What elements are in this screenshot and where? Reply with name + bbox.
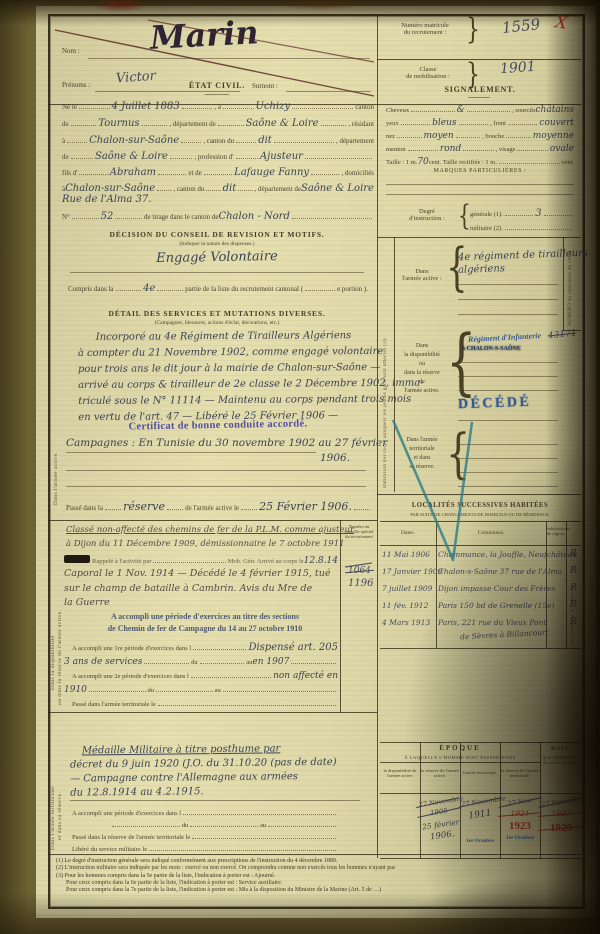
etat-civil-underline <box>205 94 229 95</box>
services-margin-label: Dans l'armée active. <box>53 345 59 505</box>
campagnes-line2: 1906. <box>320 452 350 464</box>
corps-t-line3 <box>458 472 558 473</box>
marques-label: MARQUES PARTICULIÈRES : <box>386 168 574 175</box>
periode1-line: A accompli une 1re période d'exercices d… <box>72 641 338 653</box>
etat-civil-title: ÉTAT CIVIL. <box>60 82 374 91</box>
corps-a-line1 <box>458 284 558 285</box>
loc-v3 <box>566 521 567 648</box>
prenoms-line <box>95 91 240 92</box>
campagnes-rule1 <box>66 452 316 453</box>
loc-row4-dr: R <box>570 600 577 610</box>
loc-row2-date: 17 Janvier 1909 <box>382 567 442 576</box>
instruction-label: Degré d'instruction : <box>398 208 456 222</box>
localites-title: LOCALITÉS SUCCESSIVES HABITÉES <box>380 502 580 509</box>
sig-row-yeux: yeux bleus , front couvert <box>386 116 574 128</box>
signalement-underline <box>468 97 490 98</box>
sig-row-taille: Taille : 1 m. 70 cent. Taille rectifiée … <box>386 155 574 167</box>
epoque-col3: l'armée territoriale. <box>461 770 499 775</box>
instruction-brace <box>458 198 471 232</box>
loc-row5-date: 4 Mars 1913 <box>382 618 430 627</box>
campagnes-rule3 <box>66 486 366 487</box>
corps-d-line1 <box>458 362 558 363</box>
decision-subtitle: (Indiquer la nature des dispenses.) <box>60 241 374 247</box>
marques-line2 <box>386 194 574 195</box>
loc-row5-commune: Paris, 221 rue du Vieux Pont <box>438 618 546 627</box>
dispo-line2: à Dijon du 11 Décembre 1909, démissionna… <box>66 539 345 549</box>
campagnes-line1: Campagnes : En Tunisie du 30 novembre 19… <box>66 437 387 449</box>
loc-row3-dr: R <box>570 583 577 593</box>
ec-line6: à Chalon-sur-Saône , canton du dit , dép… <box>62 182 374 194</box>
corps-dispo-label: Dans la disponibilité ou dans la réserve… <box>396 342 448 396</box>
surnom-line <box>286 91 371 92</box>
terr-reserve-line: Passé dans la réserve de l'armée territo… <box>72 830 338 841</box>
corps-terr-brace <box>446 423 470 485</box>
dispo-margin-2: ou dans la réserve de l'armée active. <box>57 540 63 705</box>
dispo-line4: sur le champ de bataille à Cambrin. Avis… <box>64 583 312 594</box>
ink-blob <box>64 555 90 563</box>
signalement-title: SIGNALEMENT. <box>380 86 580 95</box>
footnote-3: (3) Pour les hommes compris dans la 5e p… <box>56 873 568 880</box>
epoque-cell4: 27 Nov. 1921 1923 1er Octobre <box>501 798 539 841</box>
decision-line <box>70 272 364 273</box>
classe-label: Classe de mobilisation : <box>390 66 466 80</box>
services-paragraph: Incorporé au 4e Régiment de Tirailleurs … <box>78 330 375 423</box>
epoque-date-sub: de la LIBÉRATION du service militaire. <box>542 755 580 765</box>
ec-line4: de Saône & Loire , profession d' Ajusteu… <box>62 150 374 162</box>
corps-terr-label: Dans l'armée territoriale et dans sa rés… <box>396 436 448 472</box>
medaille-rule <box>70 800 360 801</box>
loc-row5-dr: R <box>570 617 577 627</box>
marques-line1 <box>386 184 574 185</box>
terr-libere-line: Libéré du service militaire le <box>72 842 338 853</box>
services-title: DÉTAIL DES SERVICES ET MUTATIONS DIVERSE… <box>60 310 374 318</box>
rule-terr-top <box>48 712 377 713</box>
corps-t-line4 <box>458 486 558 487</box>
loc-rule-bottom <box>380 648 581 649</box>
localites-col-communes: Communes. <box>436 530 546 536</box>
sig-row-cheveux: Cheveux & , sourcils châtains <box>386 103 574 115</box>
corps-d-line3 <box>458 390 558 391</box>
terr-ex-line: A accompli une période d'exercices dans … <box>72 806 338 817</box>
regiment-stamp-place: à CHALON-S-SAÔNE <box>462 346 521 352</box>
decede-stamp: DÉCÉDÉ <box>458 395 532 414</box>
passe-terr-line: Passé dans l'armée territoriale le <box>72 697 338 708</box>
localites-subtitle: PAR SUITE DE CHANGEMENTS DE DOMICILE OU … <box>380 512 580 517</box>
loc-row4-date: 11 fév. 1912 <box>382 601 428 610</box>
sig-row-nez: nez moyen , bouche moyenne <box>386 129 574 141</box>
campagnes-rule2 <box>66 470 366 471</box>
corps-active-value2: algériens <box>458 263 505 276</box>
corps-d-line2 <box>458 376 558 377</box>
epoque-cell5: 27 Novembre 1927 1929 <box>541 798 581 834</box>
column-divider <box>377 14 378 858</box>
terr-duau-line: du au <box>110 818 338 829</box>
epoque-col2: la réserve de l'armée active. <box>421 768 459 778</box>
loc-row3-date: 7 juillet 1909 <box>382 584 432 593</box>
terr-margin-2: et dans sa réserve. <box>57 745 63 840</box>
rule-corps-bottom <box>377 494 581 495</box>
periode2-line: A accompli une 2e période d'exercices da… <box>72 669 338 681</box>
ec-tirage: N° 52 de tirage dans le canton de Chalon… <box>62 210 374 222</box>
loc-row1-commune: Chommance, la Jouffle, Neufchâteau <box>438 550 577 559</box>
ec-line2: de Tournus , département de Saône & Loir… <box>62 117 374 129</box>
epoque-cell3: 27 Novembre 1911 1er Octobre <box>461 798 499 844</box>
dispo-rappel-line: Rappelé à l'activité par Mob. Gén. Arriv… <box>64 554 338 566</box>
exercices-stamp-line2: de Chemin de fer de Campagne du 14 au 27… <box>70 624 340 633</box>
rule-corps-top <box>377 237 581 238</box>
loc-row1-dr: R <box>570 549 577 559</box>
loc-row3-commune: Dijon impasse Cour des Frères <box>438 584 555 593</box>
ec-line1: Né le 4 Juillet 1883 , à Uchizy canton <box>62 100 374 112</box>
services-subtitle: (Campagnes, blessures, actions d'éclat, … <box>60 320 374 326</box>
corps-active-label: Dans l'armée active : <box>398 268 446 282</box>
footnotes: (1) Le degré d'instruction générale sera… <box>56 858 568 895</box>
corps-t-line1 <box>458 444 558 445</box>
nom-label: Nom : <box>62 48 80 56</box>
corps-a-line2 <box>458 299 558 300</box>
ec-rue: Rue de l'Alma 37. <box>62 194 151 205</box>
footnote-2: (2) L'instruction militaire sera indiqué… <box>56 865 568 872</box>
localites-col-subdiv: Subdivisions de région. <box>546 526 566 536</box>
dispo-line3: Caporal le 1 Nov. 1914 — Décédé le 4 fév… <box>64 568 330 579</box>
instruction-generale: générale (1). 3 <box>470 207 574 219</box>
epoque-col4: la réserve de l'armée territoriale. <box>501 768 539 778</box>
nom-line <box>88 58 370 59</box>
matricule-brace <box>466 14 480 47</box>
loc-row2-dr: R <box>570 566 577 576</box>
loc-row4-commune: Paris 150 bd de Grenelle (15e) <box>438 601 554 610</box>
footnote-5: Pour ceux compris dans la 7e partie de l… <box>66 887 568 894</box>
loc-rule-top <box>380 521 581 522</box>
controle-old: 1064 <box>348 566 371 576</box>
matricule-label: Numéro matricule du recrutement : <box>384 22 466 36</box>
nom-value: Marin <box>149 13 259 57</box>
corps-margin-left: Indication des corps auxquels les jeunes… <box>383 244 388 488</box>
corps-a-line3 <box>458 314 558 315</box>
decision-title: DÉCISION DU CONSEIL DE REVISION ET MOTIF… <box>60 231 374 239</box>
epoque-cell2: 27 Novembre 1905 25 février 1906. <box>418 796 462 844</box>
ep-rule-head <box>380 793 581 794</box>
rule-dispo-top <box>48 520 377 521</box>
dispo-line5: la Guerre <box>64 597 110 608</box>
loc-rule-head <box>380 545 581 546</box>
dispo-margin-1: Dans la disponibilité <box>50 560 56 690</box>
ec-line5: fils d' Abraham et de Lafauge Fanny , do… <box>62 166 374 178</box>
decision-compris: Compris dans la 4e partie de la liste du… <box>68 282 368 294</box>
periode1b-line: 3 ans de services du au en 1907 <box>64 655 338 667</box>
dispo-line1: Classé non-affecté des chemins de fer de… <box>66 525 354 535</box>
localites-col-dates: Dates. <box>380 530 436 536</box>
epoque-col1: la disponibilité de l'armée active. <box>381 768 419 778</box>
passe-reserve-line: Passé dans la réserve de l'armée active … <box>66 500 372 513</box>
loc-row2-commune: Chalon-s-Saône 37 rue de l'Alma <box>438 567 562 576</box>
epoque-date-title: DATE <box>540 746 581 752</box>
controle-new: 1196 <box>348 578 373 589</box>
classe-value: 1901 <box>499 59 536 77</box>
corps-d-line4 <box>458 420 558 421</box>
exercices-stamp-line1: A accompli une période d'exercices au ti… <box>70 612 340 621</box>
sig-row-menton: menton rond , visage ovale <box>386 142 574 154</box>
instruction-militaire: militaire (2). <box>470 221 574 232</box>
ec-line3: à Chalon-sur-Saône , canton du dit , dép… <box>62 134 374 146</box>
loc-row1-date: 11 Mai 1906 <box>382 550 430 559</box>
periode2b-line: 1910 du au <box>64 683 338 695</box>
corps-t-line2 <box>458 458 558 459</box>
terr-margin-1: Dans l'armée territoriale <box>50 735 56 850</box>
document-page: Nom : Marin Prénoms : Victor Surnom : Nu… <box>0 0 600 934</box>
medaille-paragraph: Médaille Militaire à titre posthume par … <box>70 742 371 798</box>
